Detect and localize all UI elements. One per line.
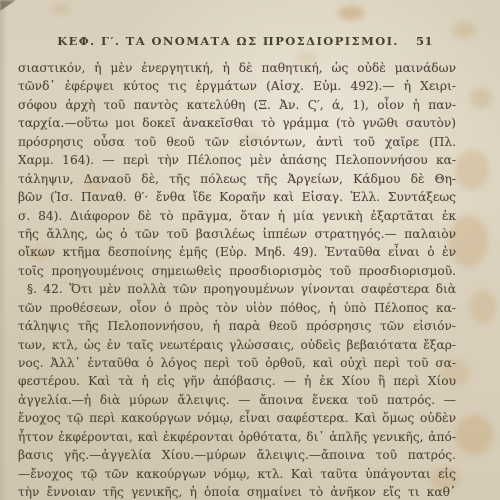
text-line: φεστέρου. Καὶ τὰ ἡ εἰς γῆν ἀπόβασις. — ἡ… <box>18 372 456 390</box>
text-line: —ἔνοχος τῷ τῶν κακούργων νόμῳ, κτλ. Καὶ … <box>18 465 456 483</box>
text-line: τάληψιν, Δαναοῦ δὲ, τῆς πόλεως τῆς Ἀργεί… <box>18 170 456 188</box>
text-line: σ. 84). Διάφορον δὲ τὸ πρᾶγμα, ὅταν ἡ μί… <box>18 207 456 225</box>
chapter-heading: ΚΕΦ. Γ′. ΤΑ ΟΝΟΜΑΤΑ ΩΣ ΠΡΟΣΔΙΟΡΙΣΜΟΙ. <box>57 34 399 48</box>
text-line: τάληψις τῆς Πελοποννήσου, ἡ παρὰ θεοῦ πρ… <box>18 317 456 335</box>
text-line: τῆς ἄλλης, ὡς ὁ τῶν τοῦ βασιλέως ἱππέων … <box>18 225 456 243</box>
foxing-stain <box>455 150 489 190</box>
text-line: πρόσρησις οὖσα τοῦ θεοῦ τῶν εἰσιόντων, ἀ… <box>18 133 456 151</box>
text-line: των, κτλ, ὡς ἐν ταῖς νεωτέραις γλώσσαις,… <box>18 336 456 354</box>
text-line: ταρχία.—οὕτω μοι δοκεῖ ἀνακεῖσθαι τὸ γρά… <box>18 114 456 132</box>
foxing-stain <box>338 6 364 20</box>
text-line: τῶν προθέσεων, οἷον ὁ πρὸς τὸν υἱὸν πόθο… <box>18 299 456 317</box>
text-line: Χαρμ. 164). — περὶ τὴν Πέλοπος μὲν ἁπάση… <box>18 151 456 169</box>
text-line: βῶν (Ἰσ. Παναθ. θ′· ἔνθα ἴδε Κοραῆν καὶ … <box>18 188 456 206</box>
foxing-stain <box>455 415 493 455</box>
foxing-stain <box>470 290 496 324</box>
text-line: ἧττον ἐκφέρονται, καὶ ἐκφέρονται ὀρθότατ… <box>18 428 456 446</box>
text-line: τὴν ἔννοιαν τῆς γενικῆς, ἡ ὁποία σημαίνε… <box>18 483 456 500</box>
text-line: σόφου ἀρχὴ τοῦ παντὸς κατελύθη (Ξ. Ἀν. Ϛ… <box>18 96 456 114</box>
text-line: νος. Ἀλλ᾽ ἐνταῦθα ὁ λόγος περὶ τοῦ ὀρθοῦ… <box>18 354 456 372</box>
book-page: ΚΕΦ. Γ′. ΤΑ ΟΝΟΜΑΤΑ ΩΣ ΠΡΟΣΔΙΟΡΙΣΜΟΙ. 51… <box>0 0 500 500</box>
text-line: ἔνοχος τῷ περὶ κακούργων νόμῳ, εἶναι σαφ… <box>18 409 456 427</box>
text-line: βασις γῆς.—ἀγγελία Χίου.—μύρων ἄλειψις.—… <box>18 446 456 464</box>
page-number: 51 <box>416 34 433 48</box>
text-line: τοῖς προηγουμένοις σημειωθεὶς προσδιορισ… <box>18 262 456 280</box>
text-line: σιαστικόν, ἡ μὲν ἐνεργητική, ἡ δὲ παθητι… <box>18 59 456 77</box>
text-line: οἴκων κτῆμα δεσποίνης ἐμῆς (Εὐρ. Μηδ. 49… <box>18 243 456 261</box>
foxing-stain <box>52 4 70 14</box>
text-line: ἀγγελία.—ἡ διὰ μύρων ἄλειψις. — ἄποινα ἕ… <box>18 391 456 409</box>
section-42-line: §. 42. Ὅτι μὲν πολλὰ τῶν προηγουμένων γί… <box>18 280 456 298</box>
text-line: τῶνδ᾽ ἐφέρψει κύτος τις ἑργμάτων (Αἰσχ. … <box>18 77 456 95</box>
body-text: σιαστικόν, ἡ μὲν ἐνεργητική, ἡ δὲ παθητι… <box>18 59 456 500</box>
foxing-stain <box>470 88 492 108</box>
page-header: ΚΕΦ. Γ′. ΤΑ ΟΝΟΜΑΤΑ ΩΣ ΠΡΟΣΔΙΟΡΙΣΜΟΙ. 51 <box>0 34 500 50</box>
scan-corner-smudge <box>0 0 16 11</box>
